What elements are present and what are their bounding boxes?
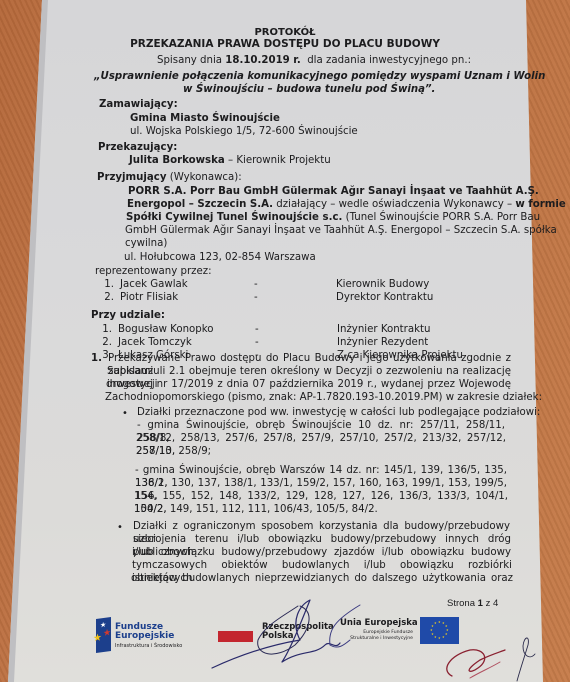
receiving-party-line3: Spółki Cywilnej Tunel Świnoujście s.c. (…	[126, 211, 540, 224]
representative-row: 1.Jacek Gawlak-Kierownik Budowy	[96, 278, 429, 291]
eu-star-icon: ★	[431, 633, 434, 636]
bullet1-intro: Działki przeznaczone pod ww. inwestycję …	[137, 406, 540, 419]
eu-star-icon: ★	[434, 622, 437, 625]
representative-row: 2.Piotr Flisiak-Dyrektor Kontraktu	[96, 291, 433, 304]
row-num: 1.	[94, 323, 112, 336]
page-total: 4	[493, 598, 498, 609]
bullet-icon: •	[122, 407, 128, 420]
transferring-party-role: – Kierownik Projektu	[228, 155, 331, 166]
receiving-party-declaration: działający – wedle oświadczenia Wykonawc…	[276, 199, 512, 210]
receiving-party-heading: Przyjmujący (Wykonawca):	[97, 171, 242, 184]
signed-suffix: dla zadania inwestycyjnego pn.:	[307, 55, 471, 66]
participants-label: Przy udziale:	[91, 309, 165, 322]
fundusze-europejskie-logo-icon: ★★★	[96, 617, 111, 653]
doc-subtitle: PRZEKAZANIA PRAWA DOSTĘPU DO PLACU BUDOW…	[0, 38, 570, 51]
ordering-party-name: Gmina Miasto Świnoujście	[130, 112, 280, 125]
eu-star-icon: ★	[430, 629, 433, 632]
eu-star-icon: ★	[442, 636, 445, 639]
document-content: PROTOKÓŁ PRZEKAZANIA PRAWA DOSTĘPU DO PL…	[0, 0, 570, 682]
project-name-line2: w Świnoujściu – budowa tunelu pod Świną”…	[183, 83, 435, 96]
project-name-line1: „Usprawnienie połączenia komunikacyjnego…	[94, 70, 545, 83]
point1-line: Zachodniopomorskiego (pismo, znak: AP-1.…	[105, 391, 542, 404]
participant-row: 1.Bogusław Konopko-Inżynier Kontraktu	[94, 323, 430, 336]
participant-role: Inżynier Rezydent	[337, 337, 428, 348]
page-label: Strona	[447, 598, 475, 609]
point1-line: drogowej nr 17/2019 z dnia 07 październi…	[106, 378, 511, 391]
represented-by-label: reprezentowany przez:	[95, 265, 212, 278]
participant-name: Bogusław Konopko	[118, 323, 255, 336]
receiving-party-line1: PORR S.A. Porr Bau GmbH Gülermak Ağır Sa…	[128, 185, 539, 198]
page-sep: z	[486, 598, 491, 609]
row-dash: -	[254, 278, 336, 291]
eu-flag-icon: ★★★★★★★★★★★★	[420, 617, 459, 644]
signed-prefix: Spisany dnia	[157, 55, 222, 66]
page-current: 1	[478, 598, 483, 609]
signed-line: Spisany dnia 18.10.2019 r. dla zadania i…	[157, 54, 471, 67]
ordering-party-label: Zamawiający:	[99, 98, 178, 111]
participant-name: Jacek Tomczyk	[118, 336, 255, 349]
eu-logo-line3: Strukturalne i Inwestycyjne	[332, 636, 413, 641]
eu-star-icon: ★	[438, 621, 441, 624]
parcel-line: 258/10, 258/9;	[136, 445, 211, 458]
row-dash: -	[255, 323, 337, 336]
representative-role: Dyrektor Kontraktu	[336, 292, 433, 303]
fe-logo-line3: Infrastruktura i Środowisko	[115, 643, 182, 649]
receiving-party-line5: cywilna)	[125, 237, 167, 250]
ordering-party-address: ul. Wojska Polskiego 1/5, 72-600 Świnouj…	[130, 125, 358, 138]
row-dash: -	[255, 336, 337, 349]
transferring-party-label: Przekazujący:	[98, 141, 177, 154]
eu-star-icon: ★	[445, 625, 448, 628]
eu-star-icon: ★	[438, 637, 441, 640]
bullet2-line: i/lub obowiązku budowy/przebudowy zjazdó…	[132, 546, 511, 559]
row-num: 1.	[96, 278, 114, 291]
participant-row: 2.Jacek Tomczyk-Inżynier Rezydent	[94, 336, 428, 349]
point1-number: 1.	[91, 352, 102, 365]
receiving-party-note: (Wykonawca):	[170, 172, 242, 183]
representative-name: Piotr Flisiak	[120, 291, 254, 304]
receiving-party-form: w formie	[515, 199, 565, 210]
rp-logo-line2: Polska	[262, 632, 293, 641]
receiving-party-energopol: Energopol – Szczecin S.A.	[127, 199, 273, 210]
signed-date: 18.10.2019 r.	[225, 55, 300, 66]
parcel-line: 150/2, 149, 151, 112, 111, 106/43, 105/5…	[134, 503, 378, 516]
receiving-party-label: Przyjmujący	[97, 172, 166, 183]
eu-star-icon: ★	[434, 636, 437, 639]
receiving-party-address: ul. Hołubcowa 123, 02-854 Warszawa	[124, 251, 316, 264]
row-num: 2.	[96, 291, 114, 304]
receiving-party-consortium-full: (Tunel Świnoujście PORR S.A. Porr Bau	[346, 212, 540, 223]
poland-flag-icon	[218, 631, 253, 642]
bullet-icon: •	[117, 521, 123, 534]
representative-name: Jacek Gawlak	[120, 278, 254, 291]
receiving-party-line4: GmbH Gülermak Ağır Sanayi İnşaat ve Taah…	[125, 224, 557, 237]
receiving-party-line2: Energopol – Szczecin S.A. działający – w…	[127, 198, 566, 211]
eu-star-icon: ★	[445, 633, 448, 636]
receiving-party-consortium: Spółki Cywilnej Tunel Świnoujście s.c.	[126, 212, 342, 223]
transferring-party: Julita Borkowska – Kierownik Projektu	[129, 154, 331, 167]
page-number: Strona 1 z 4	[447, 597, 498, 610]
row-dash: -	[254, 291, 336, 304]
eu-logo-line2: Europejskie Fundusze	[351, 630, 413, 635]
eu-star-icon: ★	[431, 625, 434, 628]
participant-role: Inżynier Kontraktu	[337, 324, 430, 335]
row-num: 2.	[94, 336, 112, 349]
fe-logo-line2: Europejskie	[115, 632, 174, 641]
bullet2-line: obiektów budowlanych nieprzewidzianych d…	[131, 572, 513, 585]
transferring-party-name: Julita Borkowska	[129, 155, 225, 166]
representative-role: Kierownik Budowy	[336, 279, 429, 290]
eu-logo-line1: Unia Europejska	[340, 619, 418, 628]
